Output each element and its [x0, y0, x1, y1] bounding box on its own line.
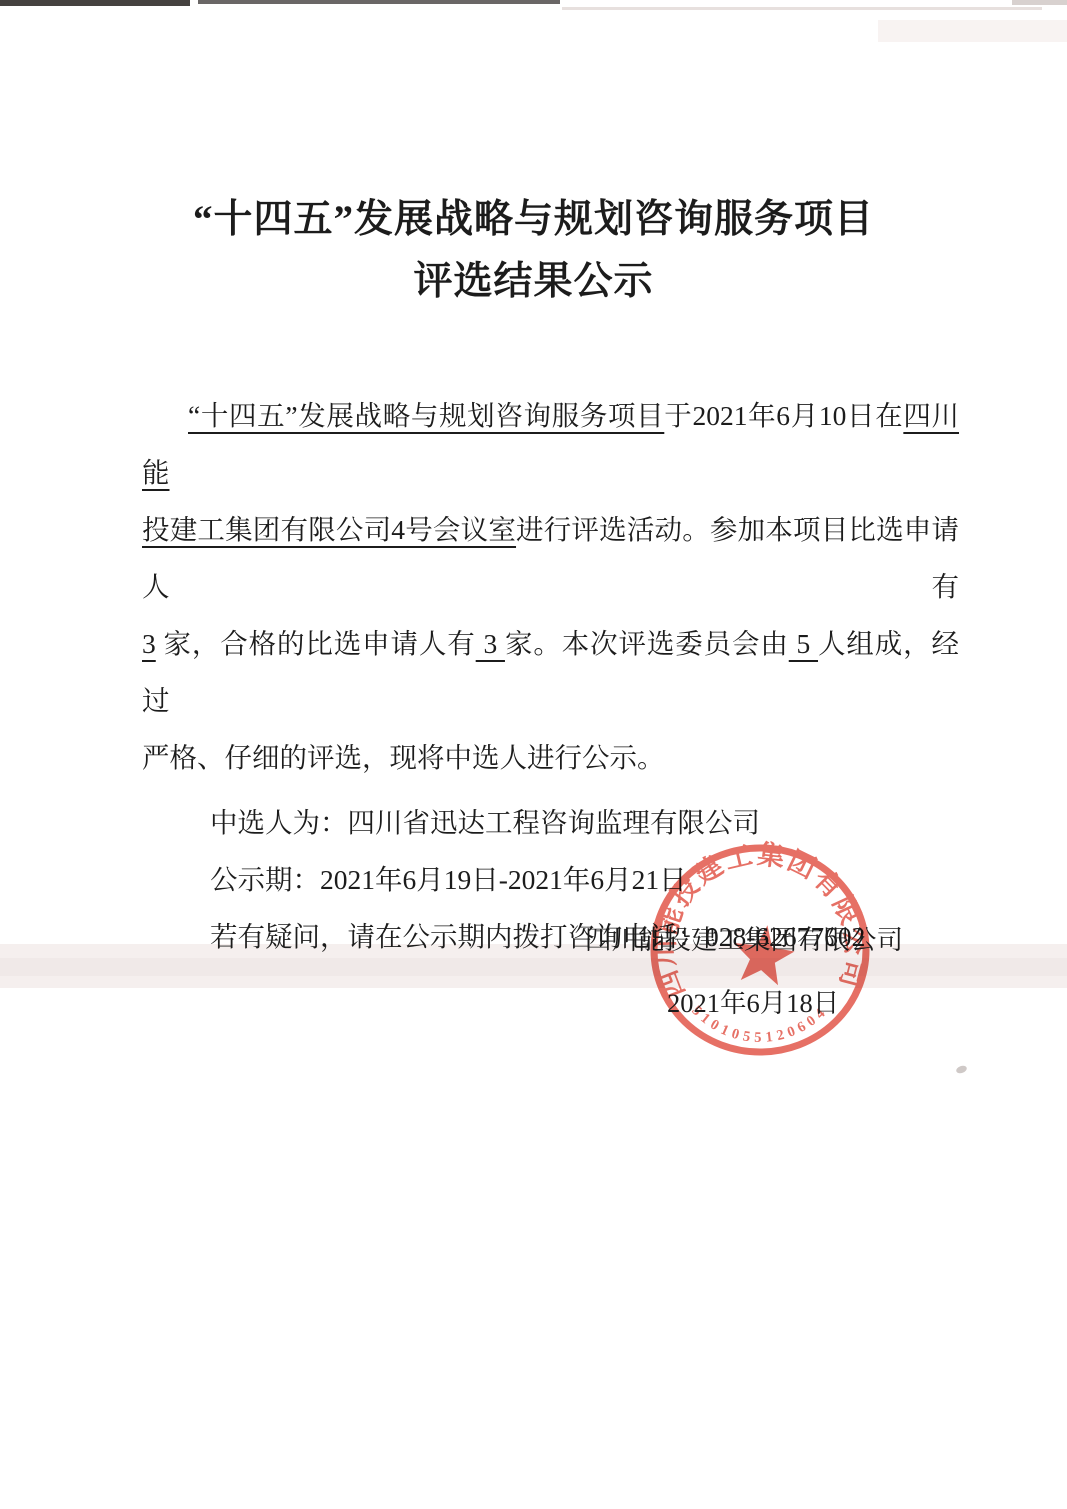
- body-paragraph-line-2: 投建工集团有限公司4号会议室进行评选活动。参加本项目比选申请人有: [142, 501, 959, 615]
- underlined-committee-count: 5: [789, 628, 818, 659]
- body-text-segment: 家。本次评选委员会由: [505, 628, 789, 659]
- scan-artifact-top-faint-line: [562, 7, 1042, 10]
- document-title-line-1: “十四五”发展战略与规划咨询服务项目: [0, 188, 1067, 244]
- scan-artifact-top-left: [0, 0, 190, 6]
- body-text-segment: 于2021年6月10日在: [664, 400, 903, 431]
- scan-artifact-top-right-blotch: [878, 20, 1067, 42]
- underlined-venue-part2: 投建工集团有限公司4号会议室: [142, 514, 516, 545]
- scan-artifact-speck: [955, 1064, 968, 1074]
- scan-artifact-top-right: [1012, 0, 1067, 5]
- underlined-applicant-count: 3: [142, 628, 156, 659]
- underlined-project-name: “十四五”发展战略与规划咨询服务项目: [188, 400, 664, 431]
- document-title-line-2: 评选结果公示: [0, 250, 1067, 306]
- body-paragraph-line-3: 3 家，合格的比选申请人有 3 家。本次评选委员会由 5 人组成，经过: [142, 615, 959, 729]
- signature-company-name: 四川能投建工集团有限公司: [585, 918, 903, 957]
- body-text-segment: 家，合格的比选申请人有: [156, 628, 476, 659]
- body-paragraph-line-1: “十四五”发展战略与规划咨询服务项目于2021年6月10日在四川能: [142, 387, 959, 501]
- underlined-qualified-count: 3: [476, 628, 505, 659]
- scanned-document-page: “十四五”发展战略与规划咨询服务项目 评选结果公示 “十四五”发展战略与规划咨询…: [0, 0, 1067, 1509]
- signature-date: 2021年6月18日: [667, 981, 839, 1020]
- scan-artifact-top-middle: [198, 0, 560, 4]
- body-paragraph-line-4: 严格、仔细的评选，现将中选人进行公示。: [142, 729, 959, 786]
